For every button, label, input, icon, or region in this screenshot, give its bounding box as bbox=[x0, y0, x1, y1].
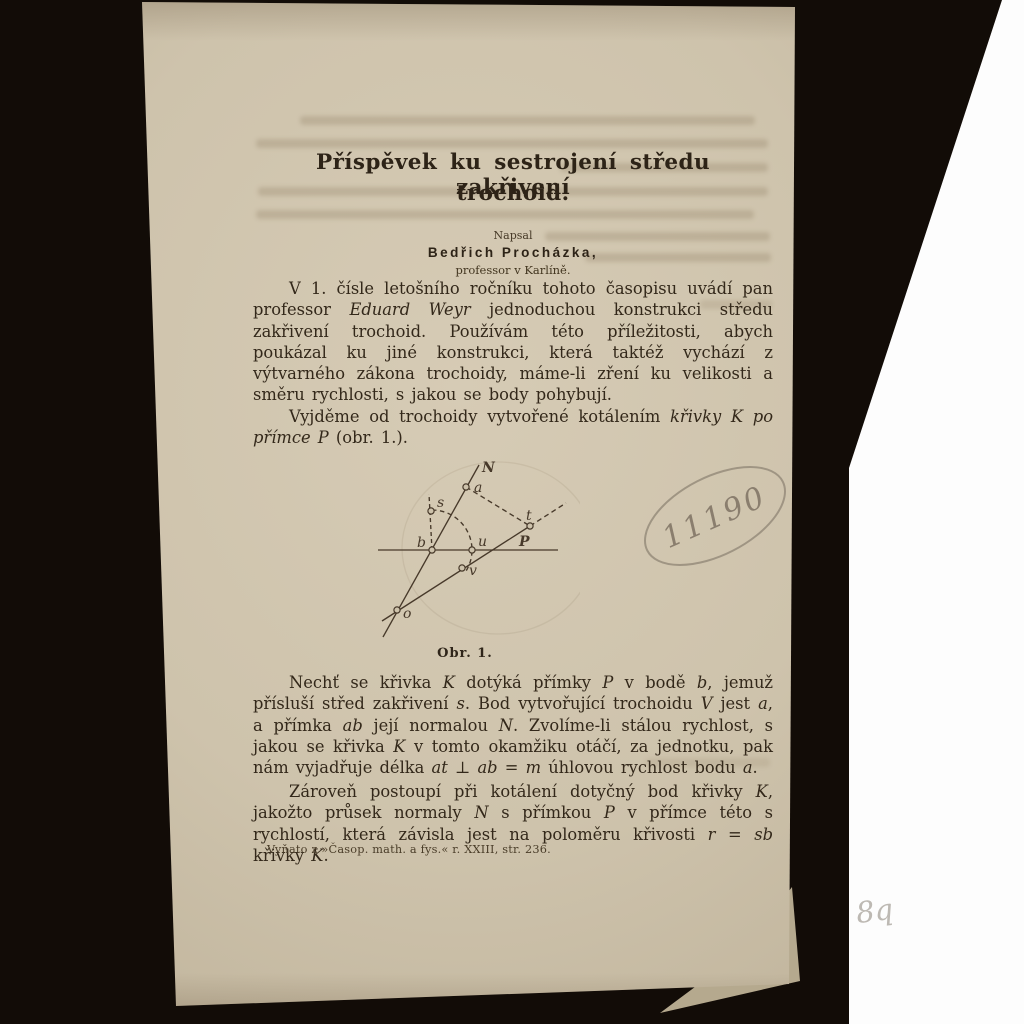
article-title-line2: trochoid. bbox=[253, 181, 773, 206]
figure-label-s: s bbox=[437, 495, 444, 511]
figure-point-b bbox=[429, 547, 435, 553]
figure-point-s bbox=[428, 508, 434, 514]
figure-arc-s-u-v bbox=[432, 510, 472, 571]
figure-point-o bbox=[394, 607, 400, 613]
figure-line-b-s bbox=[429, 494, 432, 550]
paragraph-3: Nechť se křivka K dotýká přímky P v bodě… bbox=[253, 672, 773, 778]
figure-label-t: t bbox=[526, 508, 532, 524]
pencil-mark: 8q bbox=[854, 892, 895, 930]
figure-label-N: N bbox=[481, 460, 496, 476]
paragraph-1: V 1. čísle letošního ročníku tohoto časo… bbox=[253, 278, 773, 406]
figure-point-a bbox=[463, 484, 469, 490]
figure-label-o: o bbox=[403, 606, 411, 622]
bleed-through-line bbox=[300, 116, 755, 125]
figure-caption: Obr. 1. bbox=[370, 646, 560, 661]
figure-line-t-extension bbox=[530, 503, 566, 526]
intro-paragraphs: V 1. čísle letošního ročníku tohoto časo… bbox=[253, 278, 773, 448]
figure-point-v bbox=[459, 565, 465, 571]
paragraph-2: Vyjděme od trochoidy vytvořené kotálením… bbox=[253, 406, 773, 449]
author-name: Bedřich Procházka, bbox=[253, 245, 773, 260]
stamp-number: 11190 bbox=[657, 479, 772, 556]
figure-label-a: a bbox=[474, 480, 482, 496]
bleed-through-line bbox=[256, 210, 754, 219]
figure-point-u bbox=[469, 547, 475, 553]
figure-label-P: P bbox=[518, 534, 530, 550]
pencil-stamp: 11190 bbox=[622, 448, 808, 588]
figure-label-b: b bbox=[417, 535, 426, 551]
bleed-through-circle bbox=[402, 462, 580, 634]
scanned-journal-photo: { "colors": { "paper": "#cec3ac", "ink":… bbox=[0, 0, 1024, 1024]
paragraph-3-block: Nechť se křivka K dotýká přímky P v bodě… bbox=[253, 672, 773, 778]
figure-obr-1: N P a s b u v o t bbox=[370, 450, 580, 646]
figure-label-v: v bbox=[469, 563, 477, 579]
figure-label-u: u bbox=[478, 534, 487, 550]
bleed-through-line bbox=[256, 139, 768, 148]
byline-label: Napsal bbox=[253, 229, 773, 242]
source-footnote: Vyňato z »Časop. math. a fys.« r. XXIII,… bbox=[253, 843, 773, 856]
author-title: professor v Karlíně. bbox=[253, 263, 773, 277]
